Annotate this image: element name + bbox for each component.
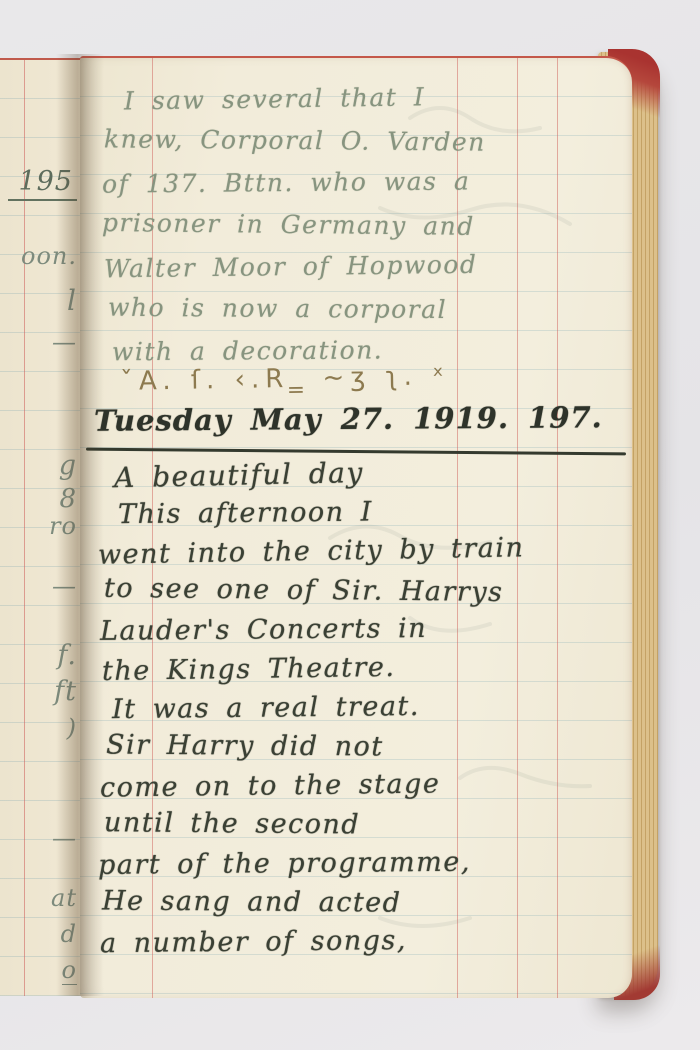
handwriting-line: of 137. Bttn. who was a [102, 160, 486, 205]
handwriting-line: Lauder's Concerts in [100, 608, 525, 651]
date-heading: Tuesday May 27. 1919. 197. [94, 400, 603, 438]
notebook: 195 oon. l — g 8 ro — f. ft ) — at d o e… [0, 0, 700, 1050]
left-page-fragment: g [59, 450, 77, 481]
handwriting-line: prisoner in Germany and [102, 202, 486, 248]
red-column-line-3 [557, 58, 558, 998]
diary-entry: A beautiful day This afternoon I went in… [96, 454, 524, 961]
handwriting-line: It was a real treat. [112, 686, 525, 729]
handwriting-line: the Kings Theatre. [102, 646, 525, 691]
handwriting-line: went into the city by train [98, 528, 525, 574]
handwriting-line: knew, Corporal O. Varden [104, 118, 486, 163]
left-page-fragment: at [51, 884, 77, 912]
shorthand-symbols-line: ˇA. ſ. ‹.R‗ ~ʒ ʅ. ˣ [120, 361, 450, 397]
handwriting-line: I saw several that I [124, 75, 486, 122]
left-page-fragment: 8 [59, 484, 77, 514]
handwriting-line: until the second [104, 803, 525, 846]
left-page-fragment: l [67, 284, 77, 317]
left-page-fragment: f. [57, 640, 77, 671]
left-page-fragment: ) [67, 714, 77, 742]
handwriting-line: a number of songs, [100, 920, 525, 963]
left-page-fragment: — [52, 572, 77, 600]
handwriting-line: Walter Moor of Hopwood [104, 244, 486, 291]
handwriting-line: who is now a corporal [108, 287, 486, 332]
left-page-fragment: — [52, 824, 77, 852]
handwriting-line: A beautiful day [114, 450, 525, 498]
left-page: 195 oon. l — g 8 ro — f. ft ) — at d o e… [0, 58, 82, 996]
left-page-fragment: oon. [21, 242, 77, 270]
right-page: I saw several that I knew, Corporal O. V… [80, 56, 632, 998]
handwriting-line: part of the programme, [98, 842, 525, 885]
handwriting-line: Sir Harry did not [106, 726, 525, 768]
left-page-fragment-page-number: 195 [8, 166, 77, 201]
left-page-fragment: — [52, 328, 77, 356]
left-page-fragment: ft [54, 676, 77, 707]
previous-entry-continuation: I saw several that I knew, Corporal O. V… [98, 78, 486, 372]
left-page-fragment: d [61, 920, 77, 948]
handwriting-line: He sang and acted [102, 882, 525, 924]
handwriting-line: come on to the stage [100, 763, 525, 807]
left-page-fragment: o [62, 956, 77, 985]
handwriting-line: This afternoon I [118, 491, 525, 534]
left-page-fragment: ro [49, 512, 77, 540]
handwriting-line: to see one of Sir. Harrys [104, 569, 525, 612]
